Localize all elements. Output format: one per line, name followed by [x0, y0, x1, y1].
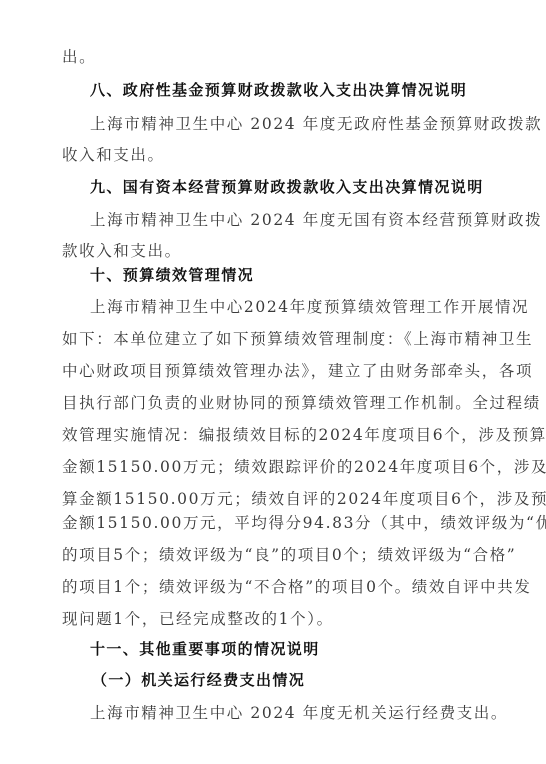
section-heading-8: 八、政府性基金预算财政拨款收入支出决算情况说明	[90, 80, 490, 100]
paragraph-line: 款收入和支出。	[62, 241, 462, 261]
section-heading-9: 九、国有资本经营预算财政拨款收入支出决算情况说明	[90, 177, 490, 197]
paragraph-line: 如下：本单位建立了如下预算绩效管理制度：《上海市精神卫生	[62, 329, 462, 349]
paragraph-line: 金额15150.00万元；绩效跟踪评价的2024年度项目6个，涉及预	[62, 457, 462, 477]
paragraph-line: 上海市精神卫生中心2024年度预算绩效管理工作开展情况	[90, 297, 490, 317]
paragraph-line: 上海市精神卫生中心 2024 年度无政府性基金预算财政拨款	[90, 114, 490, 134]
subsection-heading-1: （一）机关运行经费支出情况	[92, 670, 492, 690]
paragraph-line: 上海市精神卫生中心 2024 年度无国有资本经营预算财政拨	[90, 210, 490, 230]
section-heading-11: 十一、其他重要事项的情况说明	[90, 639, 490, 659]
section-heading-10: 十、预算绩效管理情况	[90, 265, 490, 285]
paragraph-line: 目执行部门负责的业财协同的预算绩效管理工作机制。全过程绩	[62, 393, 462, 413]
paragraph-line: 金额15150.00万元，平均得分94.83分（其中，绩效评级为“优”	[62, 513, 462, 533]
paragraph-line: 中心财政项目预算绩效管理办法》，建立了由财务部牵头，各项	[62, 361, 462, 381]
paragraph-line: 上海市精神卫生中心 2024 年度无机关运行经费支出。	[90, 703, 490, 723]
paragraph-line: 现问题1个，已经完成整改的1个）。	[62, 609, 462, 629]
paragraph-line: 算金额15150.00万元；绩效自评的2024年度项目6个，涉及预算	[62, 489, 462, 509]
paragraph-line: 效管理实施情况：编报绩效目标的2024年度项目6个，涉及预算	[62, 425, 462, 445]
paragraph-line: 出。	[62, 47, 462, 67]
paragraph-line: 的项目1个；绩效评级为“不合格”的项目0个。绩效自评中共发	[62, 577, 462, 597]
paragraph-line: 收入和支出。	[62, 145, 462, 165]
paragraph-line: 的项目5个；绩效评级为“良”的项目0个；绩效评级为“合格”	[62, 545, 462, 565]
